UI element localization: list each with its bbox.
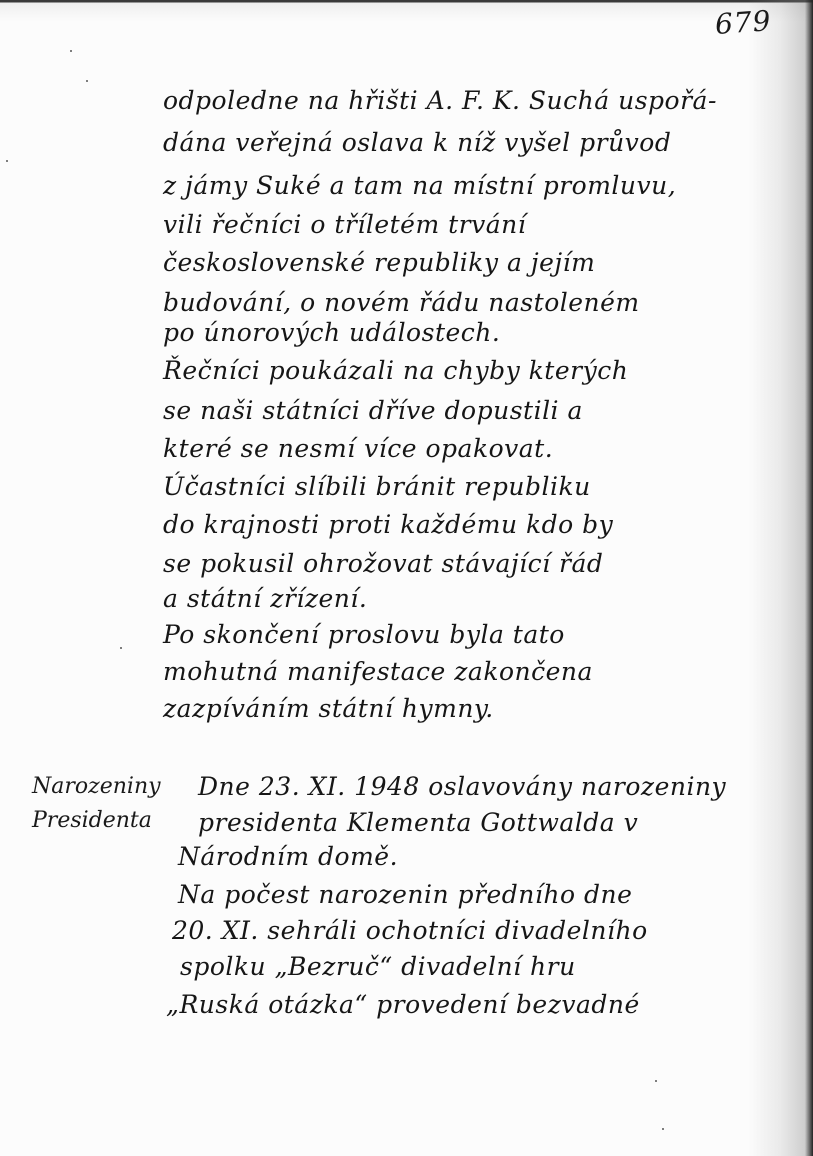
manuscript-page: 679 odpoledne na hřišti A. F. K. Suchá u… xyxy=(0,0,813,1156)
text-line: do krajnosti proti každému kdo by xyxy=(163,510,613,539)
text-line: Účastníci slíbili bránit republiku xyxy=(163,472,591,501)
text-line: zazpíváním státní hymny. xyxy=(163,694,494,723)
text-line: dána veřejná oslava k níž vyšel průvod xyxy=(163,128,671,157)
page-number: 679 xyxy=(714,4,773,41)
text-line: Národním domě. xyxy=(178,842,398,871)
text-line: Po skončení proslovu byla tato xyxy=(163,620,565,649)
margin-note: Presidenta xyxy=(32,808,152,833)
text-line: z jámy Suké a tam na místní promluvu, xyxy=(163,171,676,200)
paper-speck xyxy=(6,160,8,162)
text-line: spolku „Bezruč“ divadelní hru xyxy=(180,952,576,981)
text-line: se naši státníci dříve dopustili a xyxy=(163,396,583,425)
text-line: československé republiky a jejím xyxy=(163,248,595,277)
text-line: „Ruská otázka“ provedení bezvadné xyxy=(166,990,640,1019)
text-line: vili řečníci o tříletém trvání xyxy=(163,210,526,239)
paper-speck xyxy=(120,647,122,649)
text-line: mohutná manifestace zakončena xyxy=(163,657,593,686)
text-line: odpoledne na hřišti A. F. K. Suchá uspoř… xyxy=(163,86,717,115)
text-line: a státní zřízení. xyxy=(163,584,367,613)
text-line: Na počest narozenin předního dne xyxy=(178,880,632,909)
text-line: po únorových událostech. xyxy=(163,318,500,347)
text-line: budování, o novém řádu nastoleném xyxy=(163,288,640,317)
margin-note: Narozeniny xyxy=(32,774,161,799)
paper-speck xyxy=(86,80,88,82)
text-line: Dne 23. XI. 1948 oslavovány narozeniny xyxy=(198,772,726,801)
paper-speck xyxy=(655,1080,657,1082)
text-line: které se nesmí více opakovat. xyxy=(163,434,553,463)
text-line: presidenta Klementa Gottwalda v xyxy=(198,808,638,837)
paper-speck xyxy=(70,50,72,52)
text-line: 20. XI. sehráli ochotníci divadelního xyxy=(172,916,648,945)
paper-speck xyxy=(662,1128,664,1130)
text-line: se pokusil ohrožovat stávající řád xyxy=(163,549,603,578)
text-line: Řečníci poukázali na chyby kterých xyxy=(163,356,628,385)
